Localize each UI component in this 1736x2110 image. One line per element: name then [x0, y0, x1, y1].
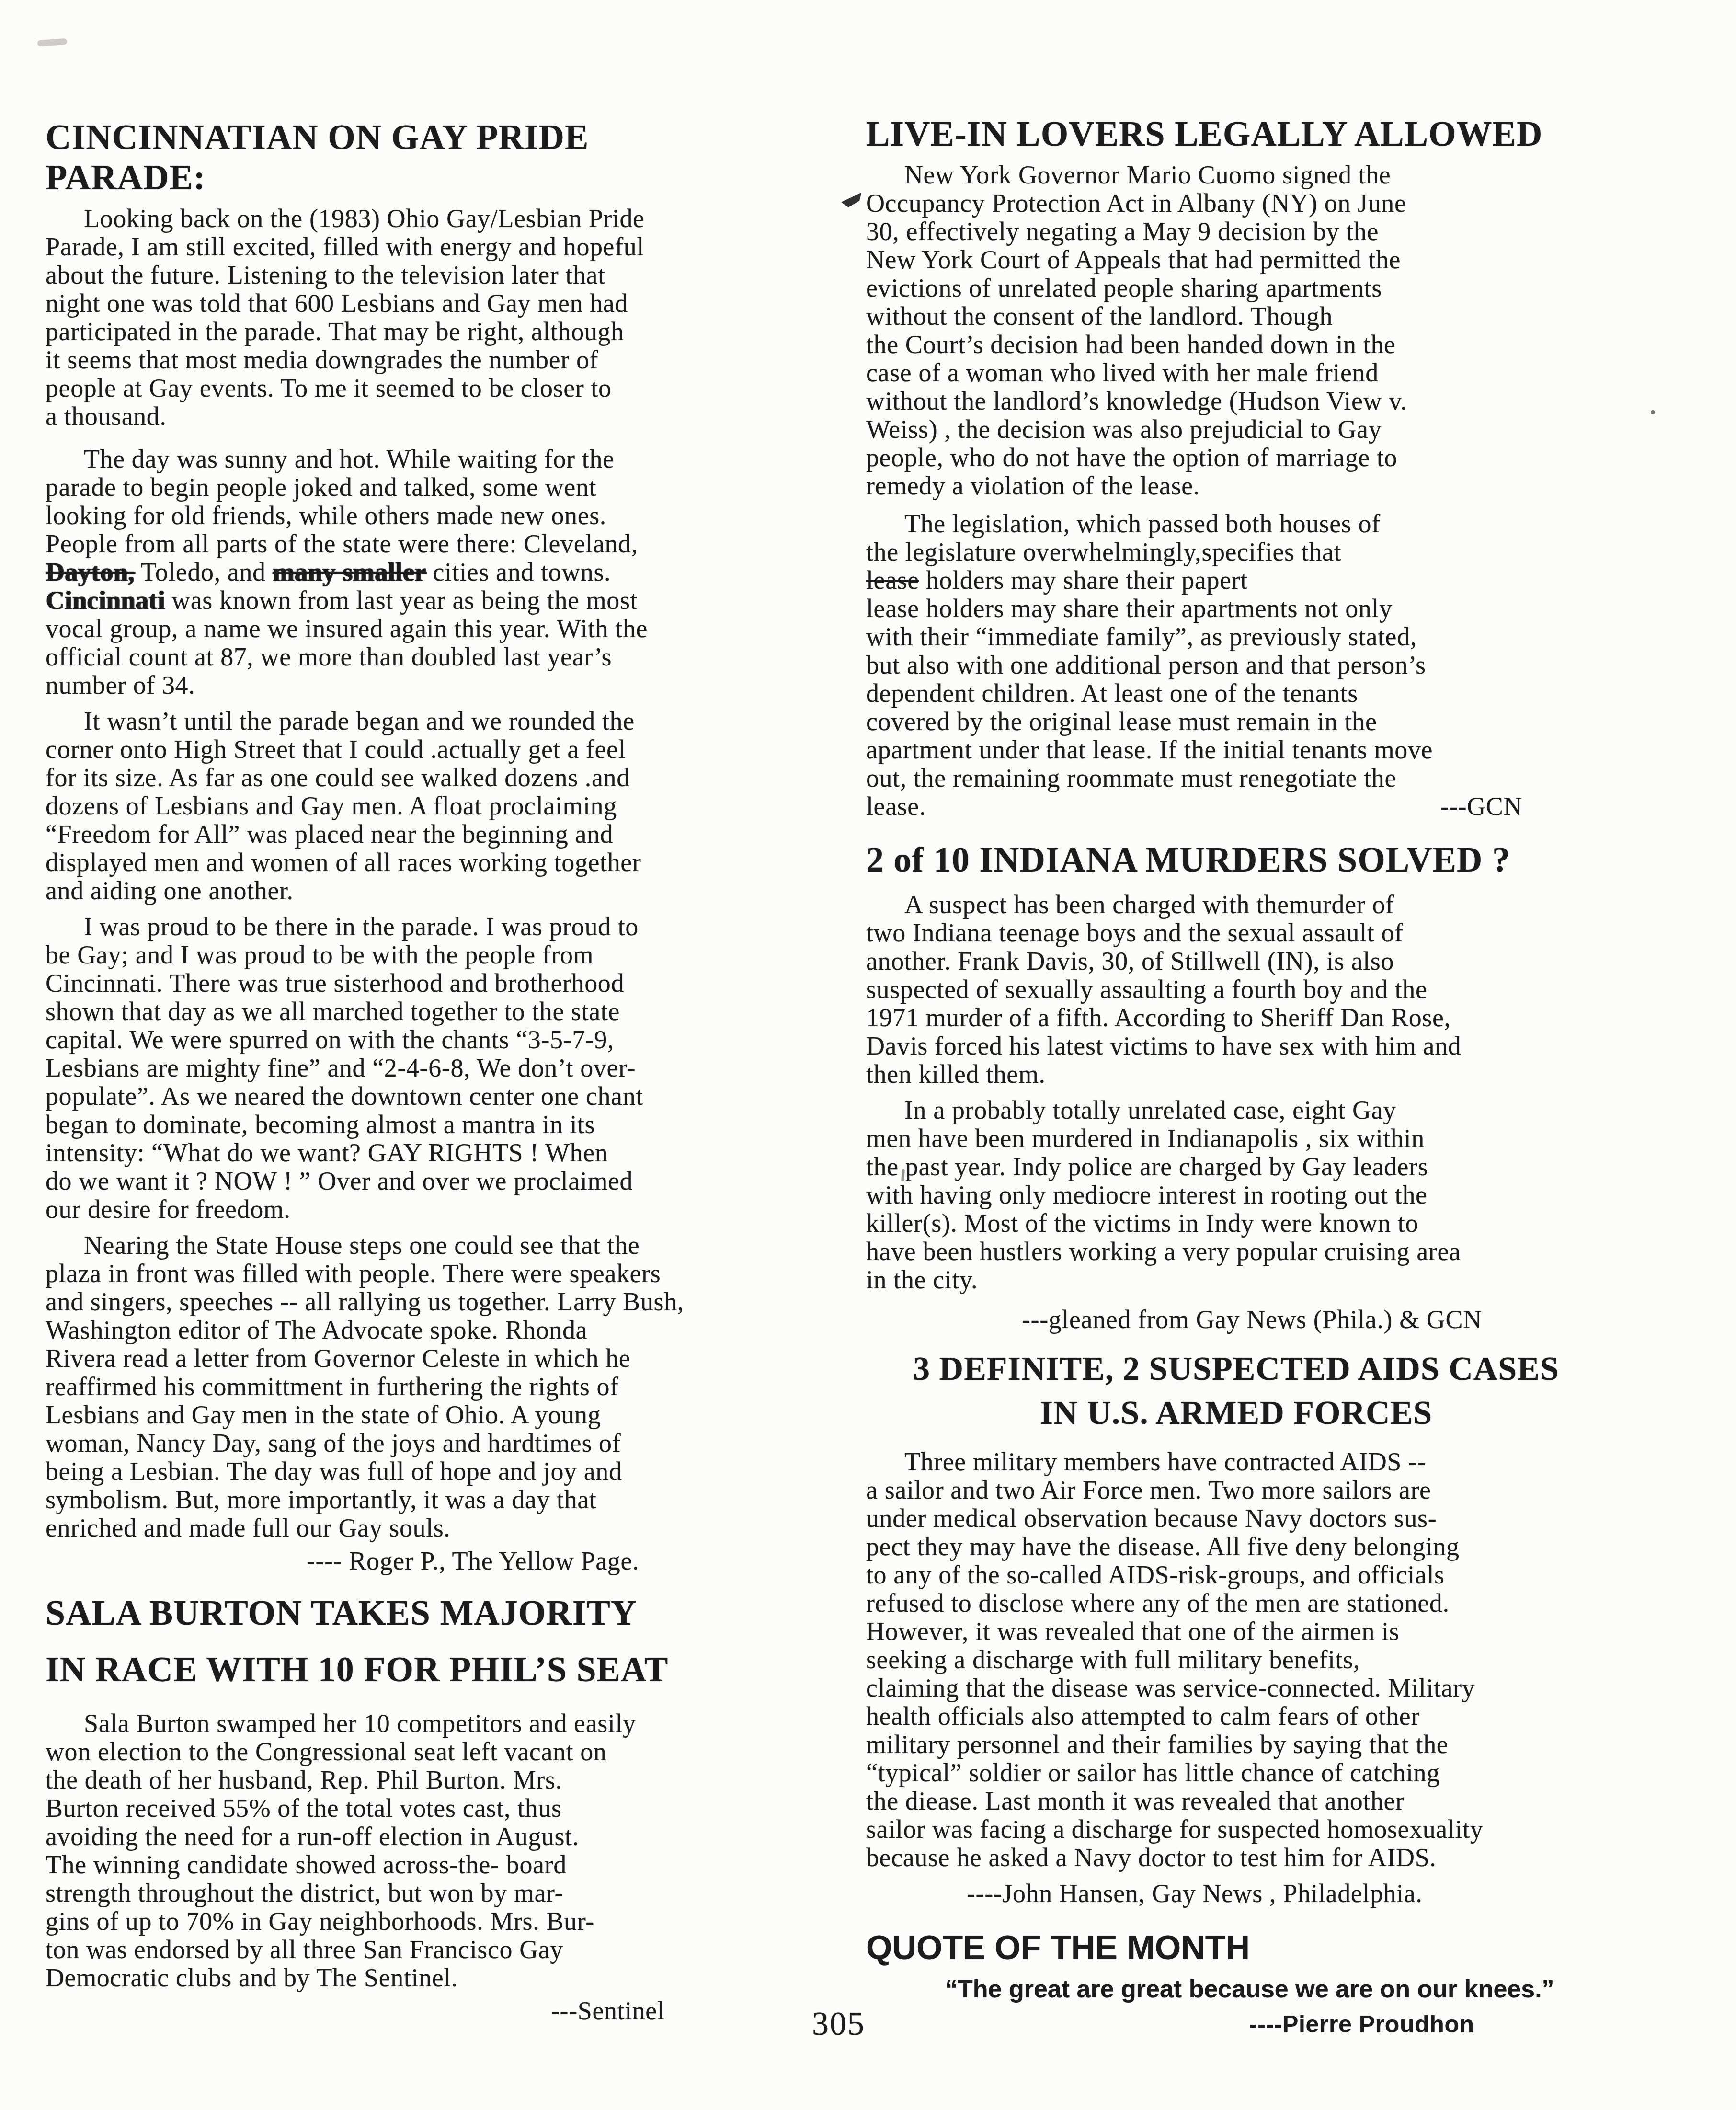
- page-number: 305: [812, 2005, 865, 2043]
- scan-speck: [1651, 410, 1655, 414]
- attribution-gleaned: ---gleaned from Gay News (Phila.) & GCN: [866, 1306, 1606, 1334]
- pen-mark-icon: [841, 193, 863, 208]
- attribution-roger-p: ---- Roger P., The Yellow Page.: [46, 1547, 754, 1575]
- paragraph-pride-1: Looking back on the (1983) Ohio Gay/Lesb…: [46, 205, 754, 431]
- attribution-john-hansen: ----John Hansen, Gay News , Philadelphia…: [866, 1880, 1606, 1908]
- right-column: LIVE-IN LOVERS LEGALLY ALLOWED New York …: [866, 114, 1606, 2039]
- left-column: CINCINNATIAN ON GAY PRIDE PARADE: Lookin…: [46, 117, 754, 2025]
- article-title-live-in-lovers: LIVE-IN LOVERS LEGALLY ALLOWED: [866, 114, 1606, 154]
- paragraph-burton: Sala Burton swamped her 10 competitors a…: [46, 1709, 754, 1992]
- paragraph-armed-forces: Three military members have contracted A…: [866, 1448, 1606, 1872]
- attribution-sentinel: ---Sentinel: [46, 1997, 754, 2025]
- paragraph-indiana-2: In a probably totally unrelated case, ei…: [866, 1096, 1606, 1294]
- paragraph-indiana-1: A suspect has been charged with themurde…: [866, 891, 1606, 1089]
- scanned-newsletter-page: CINCINNATIAN ON GAY PRIDE PARADE: Lookin…: [0, 0, 1736, 2110]
- paragraph-lovers-1: New York Governor Mario Cuomo signed the…: [866, 161, 1606, 500]
- quote-of-the-month-title: QUOTE OF THE MONTH: [866, 1928, 1606, 1967]
- paragraph-pride-2: The day was sunny and hot. While waiting…: [46, 445, 754, 700]
- paragraph-text: cities and towns.: [426, 558, 611, 586]
- title-line-1: 3 DEFINITE, 2 SUSPECTED AIDS CASES: [866, 1347, 1606, 1391]
- quote-text: “The great are great because we are on o…: [866, 1975, 1606, 2004]
- paragraph-text: lease.: [866, 792, 926, 821]
- article-title-pride-parade: CINCINNATIAN ON GAY PRIDE PARADE:: [46, 117, 754, 198]
- paragraph-text: The legislation, which passed both house…: [866, 509, 1381, 566]
- title-line-2: IN U.S. ARMED FORCES: [866, 1391, 1606, 1435]
- paragraph-text: The day was sunny and hot. While waiting…: [46, 445, 638, 558]
- overstruck-words-many-smaller: many smaller: [273, 558, 426, 586]
- paragraph-pride-5: Nearing the State House steps one could …: [46, 1231, 754, 1542]
- overstruck-word-dayton: Dayton,: [46, 558, 135, 586]
- paragraph-text: holders may share their papert lease hol…: [866, 566, 1433, 792]
- paragraph-text: Toledo, and: [135, 558, 273, 586]
- paragraph-lovers-last-line: lease.---GCN: [866, 792, 1606, 821]
- paragraph-lovers-2: The legislation, which passed both house…: [866, 510, 1606, 792]
- article-title-aids-cases: 3 DEFINITE, 2 SUSPECTED AIDS CASESIN U.S…: [866, 1347, 1606, 1435]
- struck-word-lease: lease: [866, 566, 919, 595]
- scan-artifact: [37, 38, 68, 46]
- title-line-1: SALA BURTON TAKES MAJORITY: [46, 1585, 754, 1641]
- paragraph-pride-4: I was proud to be there in the parade. I…: [46, 913, 754, 1224]
- overstruck-word-cincinnati: Cincinnati: [46, 586, 165, 615]
- title-line-2: IN RACE WITH 10 FOR PHIL’S SEAT: [46, 1641, 754, 1698]
- article-title-sala-burton: SALA BURTON TAKES MAJORITYIN RACE WITH 1…: [46, 1585, 754, 1698]
- attribution-gcn: ---GCN: [1440, 792, 1606, 821]
- attribution-pierre-proudhon: ----Pierre Proudhon: [866, 2010, 1606, 2039]
- article-title-indiana-murders: 2 of 10 INDIANA MURDERS SOLVED ?: [866, 840, 1606, 880]
- paragraph-pride-3: It wasn’t until the parade began and we …: [46, 707, 754, 905]
